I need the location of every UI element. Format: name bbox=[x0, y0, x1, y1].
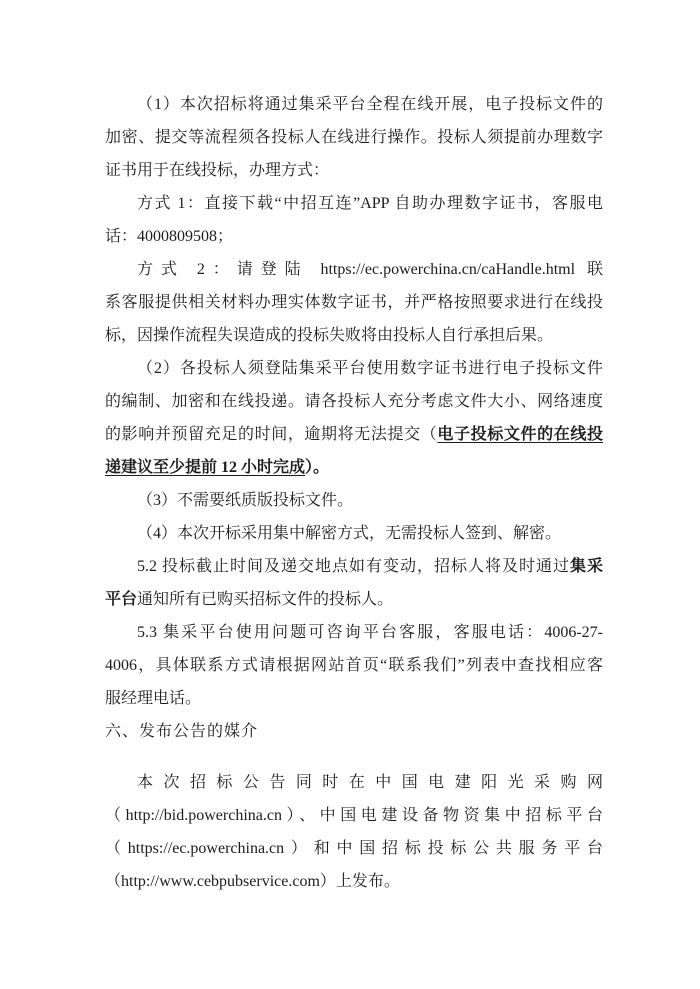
text-line: 的编制、加密和在线投递。请各投标人充分考虑文件大小、网络速度 bbox=[105, 385, 603, 418]
text-segment: 递建议至少提前 12 小时完成 bbox=[105, 459, 305, 476]
text-segment: （3）不需要纸质版投标文件。 bbox=[137, 492, 353, 509]
text-segment: 4006，具体联系方式请根据网站首页“联系我们”列表中查找相应客 bbox=[105, 657, 603, 674]
text-line: 平台通知所有已购买招标文件的投标人。 bbox=[105, 583, 603, 616]
text-line: 方式 1：直接下载“中招互连”APP 自助办理数字证书，客服电 bbox=[105, 187, 603, 220]
text-segment: 加密、提交等流程须各投标人在线进行操作。投标人须提前办理数字 bbox=[105, 129, 603, 146]
text-segment: 方式 2：请登陆 https://ec.powerchina.cn/caHand… bbox=[137, 261, 603, 278]
text-segment: （4）本次开标采用集中解密方式，无需投标人签到、解密。 bbox=[137, 525, 561, 542]
text-line: 方式 2：请登陆 https://ec.powerchina.cn/caHand… bbox=[105, 253, 603, 286]
text-line: （http://www.cebpubservice.com）上发布。 bbox=[105, 865, 603, 898]
text-segment: 标，因操作流程失误造成的投标失败将由投标人自行承担后果。 bbox=[105, 327, 553, 344]
text-line: （https://ec.powerchina.cn）和中国招标投标公共服务平台 bbox=[105, 832, 603, 865]
text-line: （1）本次招标将通过集采平台全程在线开展，电子投标文件的 bbox=[105, 88, 603, 121]
text-segment: 本次招标公告同时在中国电建阳光采购网 bbox=[137, 774, 603, 791]
text-segment: ）。 bbox=[305, 459, 329, 476]
text-segment: 系客服提供相关材料办理实体数字证书，并严格按照要求进行在线投 bbox=[105, 294, 603, 311]
text-segment: （https://ec.powerchina.cn）和中国招标投标公共服务平台 bbox=[105, 840, 603, 857]
text-segment: （http://www.cebpubservice.com）上发布。 bbox=[105, 873, 400, 890]
text-line: （4）本次开标采用集中解密方式，无需投标人签到、解密。 bbox=[105, 517, 603, 550]
text-line: 证书用于在线投标，办理方式： bbox=[105, 154, 603, 187]
text-line: 5.2 投标截止时间及递交地点如有变动，招标人将及时通过集采 bbox=[105, 550, 603, 583]
text-segment: 通知所有已购买招标文件的投标人。 bbox=[137, 591, 393, 608]
text-segment: （1）本次招标将通过集采平台全程在线开展，电子投标文件的 bbox=[137, 96, 603, 113]
text-line: 话：4000809508； bbox=[105, 220, 603, 253]
text-segment: （http://bid.powerchina.cn）、中国电建设备物资集中招标平… bbox=[105, 807, 603, 824]
text-segment: 话：4000809508； bbox=[105, 228, 233, 245]
text-line: 本次招标公告同时在中国电建阳光采购网 bbox=[105, 766, 603, 799]
text-segment: 5.3 集采平台使用问题可咨询平台客服，客服电话：4006-27- bbox=[137, 624, 603, 641]
text-line: 系客服提供相关材料办理实体数字证书，并严格按照要求进行在线投 bbox=[105, 286, 603, 319]
text-segment: 的编制、加密和在线投递。请各投标人充分考虑文件大小、网络速度 bbox=[105, 393, 603, 410]
text-line: 服经理电话。 bbox=[105, 682, 603, 715]
text-line: 4006，具体联系方式请根据网站首页“联系我们”列表中查找相应客 bbox=[105, 649, 603, 682]
text-segment: （2）各投标人须登陆集采平台使用数字证书进行电子投标文件 bbox=[137, 360, 603, 377]
text-segment: 集采 bbox=[570, 558, 603, 575]
document-page: （1）本次招标将通过集采平台全程在线开展，电子投标文件的加密、提交等流程须各投标… bbox=[0, 0, 700, 989]
text-line: （http://bid.powerchina.cn）、中国电建设备物资集中招标平… bbox=[105, 799, 603, 832]
text-line: （3）不需要纸质版投标文件。 bbox=[105, 484, 603, 517]
text-segment: 证书用于在线投标，办理方式： bbox=[105, 162, 329, 179]
text-line: 加密、提交等流程须各投标人在线进行操作。投标人须提前办理数字 bbox=[105, 121, 603, 154]
text-segment: 的影响并预留充足的时间，逾期将无法提交（ bbox=[105, 426, 437, 443]
text-line: 标，因操作流程失误造成的投标失败将由投标人自行承担后果。 bbox=[105, 319, 603, 352]
text-segment: 六、发布公告的媒介 bbox=[105, 723, 258, 740]
document-text-block: （1）本次招标将通过集采平台全程在线开展，电子投标文件的加密、提交等流程须各投标… bbox=[105, 88, 603, 898]
text-line: 的影响并预留充足的时间，逾期将无法提交（电子投标文件的在线投 bbox=[105, 418, 603, 451]
section-heading: 六、发布公告的媒介 bbox=[105, 715, 603, 748]
text-line: 递建议至少提前 12 小时完成）。 bbox=[105, 451, 603, 484]
text-segment: 方式 1：直接下载“中招互连”APP 自助办理数字证书，客服电 bbox=[137, 195, 603, 212]
text-segment: 5.2 投标截止时间及递交地点如有变动，招标人将及时通过 bbox=[137, 558, 570, 575]
text-line: 5.3 集采平台使用问题可咨询平台客服，客服电话：4006-27- bbox=[105, 616, 603, 649]
text-line: （2）各投标人须登陆集采平台使用数字证书进行电子投标文件 bbox=[105, 352, 603, 385]
text-segment: 服经理电话。 bbox=[105, 690, 201, 707]
text-segment: 电子投标文件的在线投 bbox=[437, 426, 603, 443]
text-segment: 平台 bbox=[105, 591, 137, 608]
